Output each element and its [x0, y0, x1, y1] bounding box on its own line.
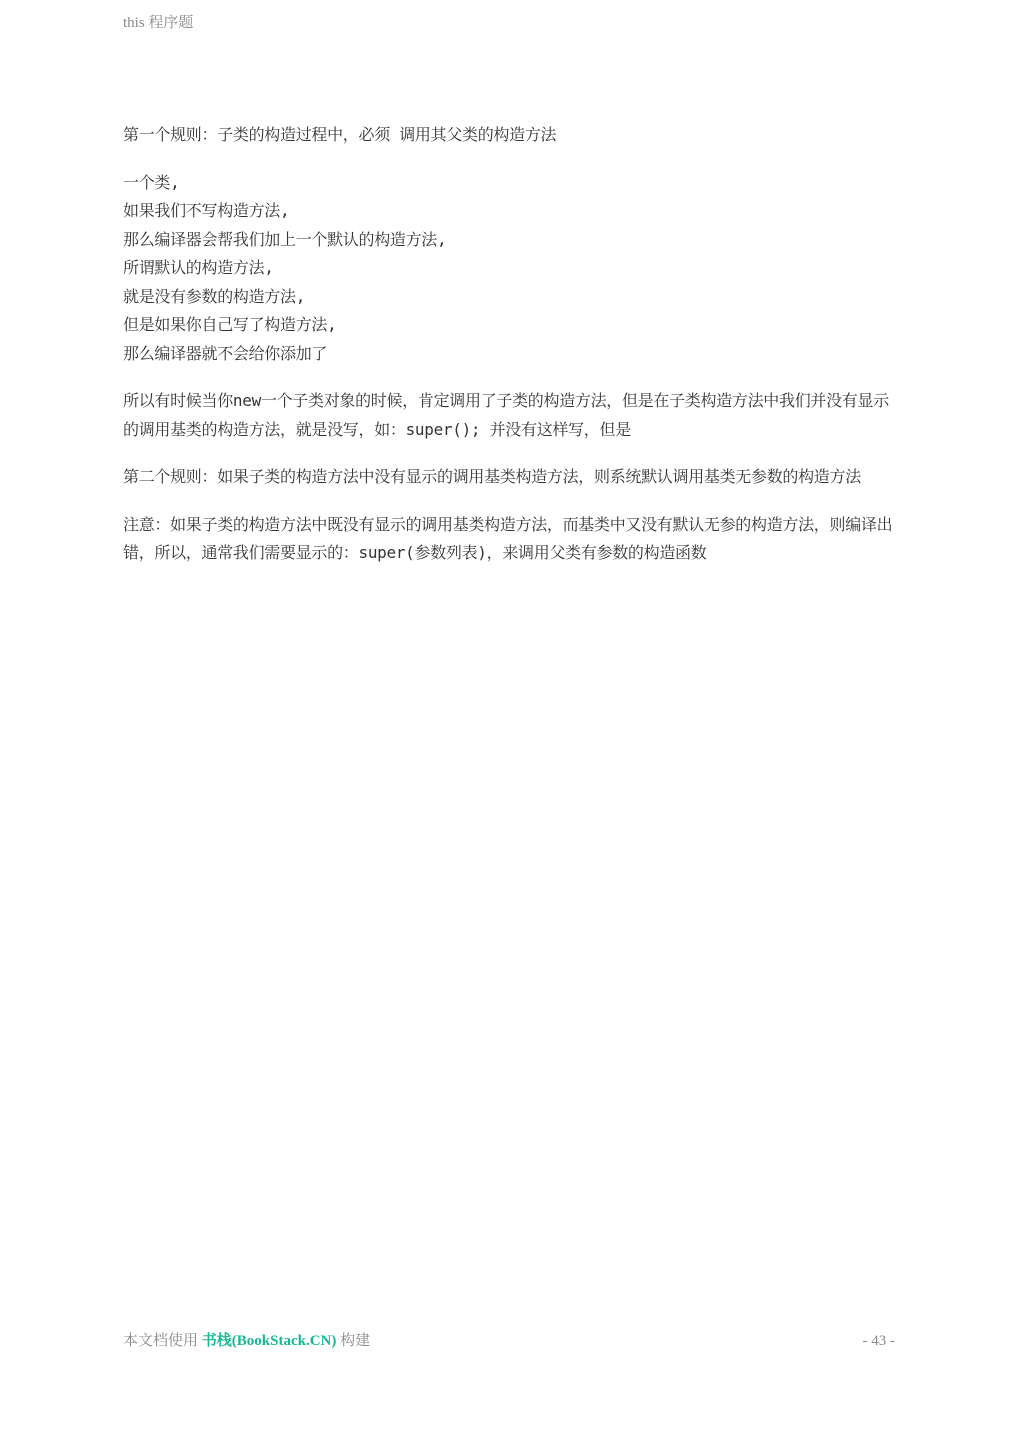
explanation-line: 那么编译器会帮我们加上一个默认的构造方法, — [123, 226, 893, 255]
explanation-line: 那么编译器就不会给你添加了 — [123, 340, 893, 369]
rule-two-paragraph: 第二个规则：如果子类的构造方法中没有显示的调用基类构造方法，则系统默认调用基类无… — [123, 463, 893, 492]
new-subclass-paragraph: 所以有时候当你new一个子类对象的时候，肯定调用了子类的构造方法，但是在子类构造… — [123, 387, 893, 444]
note-paragraph: 注意：如果子类的构造方法中既没有显示的调用基类构造方法，而基类中又没有默认无参的… — [123, 511, 893, 568]
bookstack-link[interactable]: 书栈(BookStack.CN) — [202, 1333, 337, 1349]
rule-one-paragraph: 第一个规则：子类的构造过程中，必须 调用其父类的构造方法 — [123, 121, 893, 150]
explanation-line: 一个类, — [123, 169, 893, 198]
page-header-title: this 程序题 — [123, 13, 193, 33]
explanation-line: 就是没有参数的构造方法, — [123, 283, 893, 312]
page-number: - 43 - — [863, 1331, 896, 1351]
footer-suffix: 构建 — [336, 1333, 370, 1349]
explanation-line: 所谓默认的构造方法, — [123, 254, 893, 283]
explanation-line: 但是如果你自己写了构造方法, — [123, 311, 893, 340]
explanation-paragraph: 一个类, 如果我们不写构造方法, 那么编译器会帮我们加上一个默认的构造方法, 所… — [123, 169, 893, 369]
document-body: 第一个规则：子类的构造过程中，必须 调用其父类的构造方法 一个类, 如果我们不写… — [123, 121, 893, 587]
explanation-line: 如果我们不写构造方法, — [123, 197, 893, 226]
footer-prefix: 本文档使用 — [123, 1333, 202, 1349]
page-footer: 本文档使用 书栈(BookStack.CN) 构建 - 43 - — [123, 1331, 895, 1351]
